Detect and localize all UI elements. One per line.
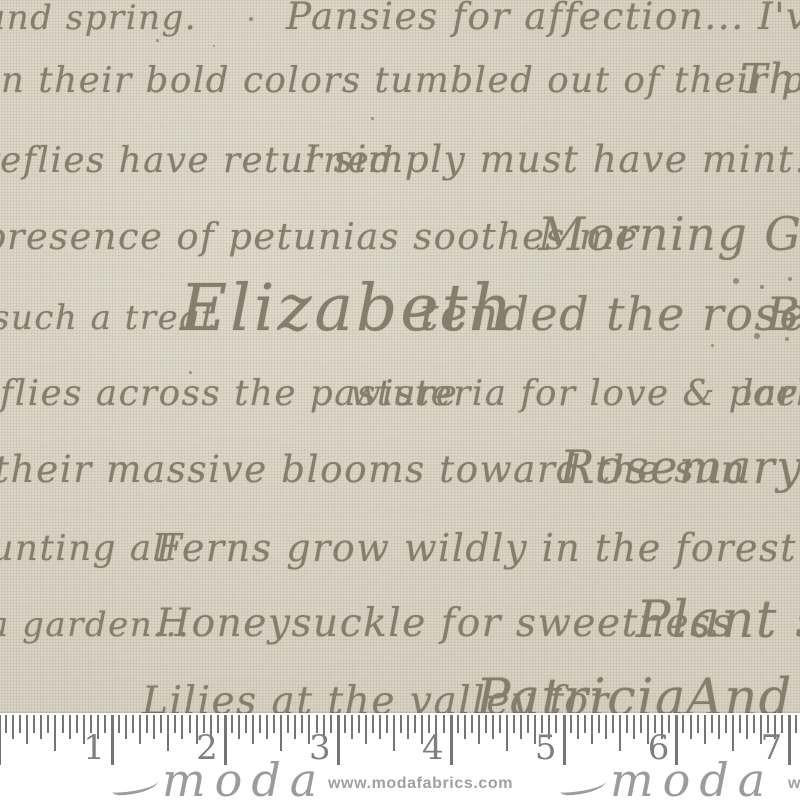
ink-dot <box>785 337 789 341</box>
script-text-segment: They <box>740 59 800 100</box>
website-url-fragment: w <box>788 775 800 793</box>
ruler-number: 5 <box>499 731 557 765</box>
ruler-tick <box>718 715 720 739</box>
ruler-tick <box>471 715 473 733</box>
script-text-segment: Rosemary for re <box>560 445 800 491</box>
script-text-segment: fireflies have returned <box>0 143 395 179</box>
ruler-tick <box>139 715 141 744</box>
ruler-number: 1 <box>47 731 105 765</box>
ink-dot <box>189 371 192 374</box>
ruler-tick <box>19 715 21 733</box>
script-text-segment: and spring. <box>0 1 197 35</box>
ink-dot <box>754 333 760 339</box>
script-text-line: in their bold colors tumbled out of thei… <box>0 18 800 98</box>
ink-dot <box>760 285 764 289</box>
ruler-tick <box>605 715 607 739</box>
fabric-swatch-photo: and spring.Pansies for affection... I've… <box>0 0 800 800</box>
script-text-line: and spring.Pansies for affection... I've… <box>0 0 800 35</box>
script-text-segment: wisteria for love & poetry <box>350 376 800 412</box>
ruler-tick <box>337 715 340 765</box>
ruler-tick <box>125 715 127 739</box>
ruler-tick <box>570 715 572 733</box>
ruler-tick <box>788 715 791 765</box>
script-text-line: fireflies have returnedI simply must hav… <box>0 98 800 178</box>
script-text-segment: And <box>686 673 793 713</box>
ink-dot <box>788 277 792 281</box>
ruler-tick <box>795 715 797 733</box>
ruler-tick <box>365 715 367 744</box>
ruler-tick <box>591 715 593 744</box>
script-text-line: counting allFerns grow wildly in the for… <box>0 486 800 566</box>
ink-dot <box>249 17 253 21</box>
script-text-segment: in their bold colors tumbled out of thei… <box>0 63 800 99</box>
ruler-tick <box>492 715 494 739</box>
script-text-line: Lilies at the valley forPatriciaAnd <box>0 640 800 713</box>
script-text-segment: Lilies at the valley for <box>142 682 610 713</box>
script-text-line: their massive blooms toward the sunRosem… <box>0 408 800 488</box>
script-text-segment: I simply must have mint... I gathe <box>304 141 800 178</box>
ruler-tick <box>344 715 346 733</box>
ruler-tick <box>372 715 374 733</box>
ruler-tick <box>153 715 155 739</box>
ruler-tick <box>457 715 459 733</box>
script-text-segment: their massive blooms toward the sun <box>0 451 746 488</box>
ruler-tick <box>26 715 28 744</box>
ruler-tick <box>358 715 360 733</box>
ruler-tick <box>231 715 233 733</box>
moda-logo: moda <box>610 757 774 800</box>
ruler-tick <box>252 715 254 744</box>
moda-brand-right: moda <box>560 757 774 800</box>
ruler-tick <box>577 715 579 739</box>
ruler-number: 4 <box>386 731 444 765</box>
script-text-segment: presence of petunias soothes me <box>0 219 639 256</box>
script-text-segment: Patricia <box>476 673 687 713</box>
script-text-segment: Morning Glories <box>538 212 800 258</box>
ruler-tick <box>704 715 706 744</box>
ruler-tick <box>5 715 7 733</box>
script-text-line: presence of petunias soothes meMorning G… <box>0 175 800 255</box>
ruler-tick <box>266 715 268 739</box>
ruler-tick <box>351 715 353 739</box>
ruler-tick <box>118 715 120 733</box>
ruler-tick <box>245 715 247 733</box>
script-text-segment: Elizabeth <box>180 277 515 342</box>
moda-brand-left: moda <box>112 757 326 800</box>
ruler-tick <box>146 715 148 733</box>
script-text-segment: Honeysuckle for sweetness <box>156 604 733 643</box>
ruler-tick <box>33 715 35 733</box>
moda-logo: moda <box>162 757 326 800</box>
ruler-tick <box>598 715 600 733</box>
ruler-tick <box>12 715 14 739</box>
ruler-tick <box>464 715 466 739</box>
script-text-segment: such a treat <box>0 301 216 335</box>
script-text-segment: lark <box>742 376 800 412</box>
script-text-segment: B <box>766 292 800 338</box>
website-url: www.modafabrics.com <box>328 775 513 793</box>
fabric-area: and spring.Pansies for affection... I've… <box>0 0 800 713</box>
ruler-tick <box>584 715 586 733</box>
script-text-line: flies across the pasturewisteria for lov… <box>0 331 800 411</box>
ruler-strip: 1234567 moda www.modafabrics.com moda w <box>0 713 800 800</box>
script-text-segment: counting all <box>0 531 178 567</box>
ruler-tick <box>485 715 487 733</box>
script-text-segment: a garden... <box>0 608 190 642</box>
script-text-segment: Plant sed <box>636 595 800 646</box>
moda-swash-icon <box>559 777 606 797</box>
ink-dot <box>772 309 775 312</box>
ink-dot <box>733 278 739 284</box>
ruler-tick <box>478 715 480 744</box>
ruler-tick <box>259 715 261 733</box>
ruler-tick <box>711 715 713 733</box>
script-text-segment: tended the roses <box>420 292 800 338</box>
script-text-line: a garden...Honeysuckle for sweetnessPlan… <box>0 562 800 642</box>
ruler-tick <box>690 715 692 739</box>
ruler-tick <box>697 715 699 733</box>
ruler-tick <box>379 715 381 739</box>
script-text-line: such a treatElizabethtended the rosesB <box>0 255 800 335</box>
ruler-tick <box>132 715 134 733</box>
ink-dot <box>371 117 374 120</box>
ink-dot <box>213 45 215 47</box>
script-text-segment: Ferns grow wildly in the forest adding t… <box>156 529 800 567</box>
ink-dot <box>711 344 714 347</box>
script-text-segment: flies across the pasture <box>0 376 458 412</box>
ink-dot <box>156 39 159 42</box>
moda-swash-icon <box>111 777 158 797</box>
ruler-tick <box>238 715 240 739</box>
ruler-tick <box>682 715 684 733</box>
ruler-tick <box>450 715 453 765</box>
ruler-tick <box>0 715 1 765</box>
script-text-segment: Pansies for affection... I've always p <box>286 0 800 36</box>
ruler-tick <box>40 715 42 739</box>
